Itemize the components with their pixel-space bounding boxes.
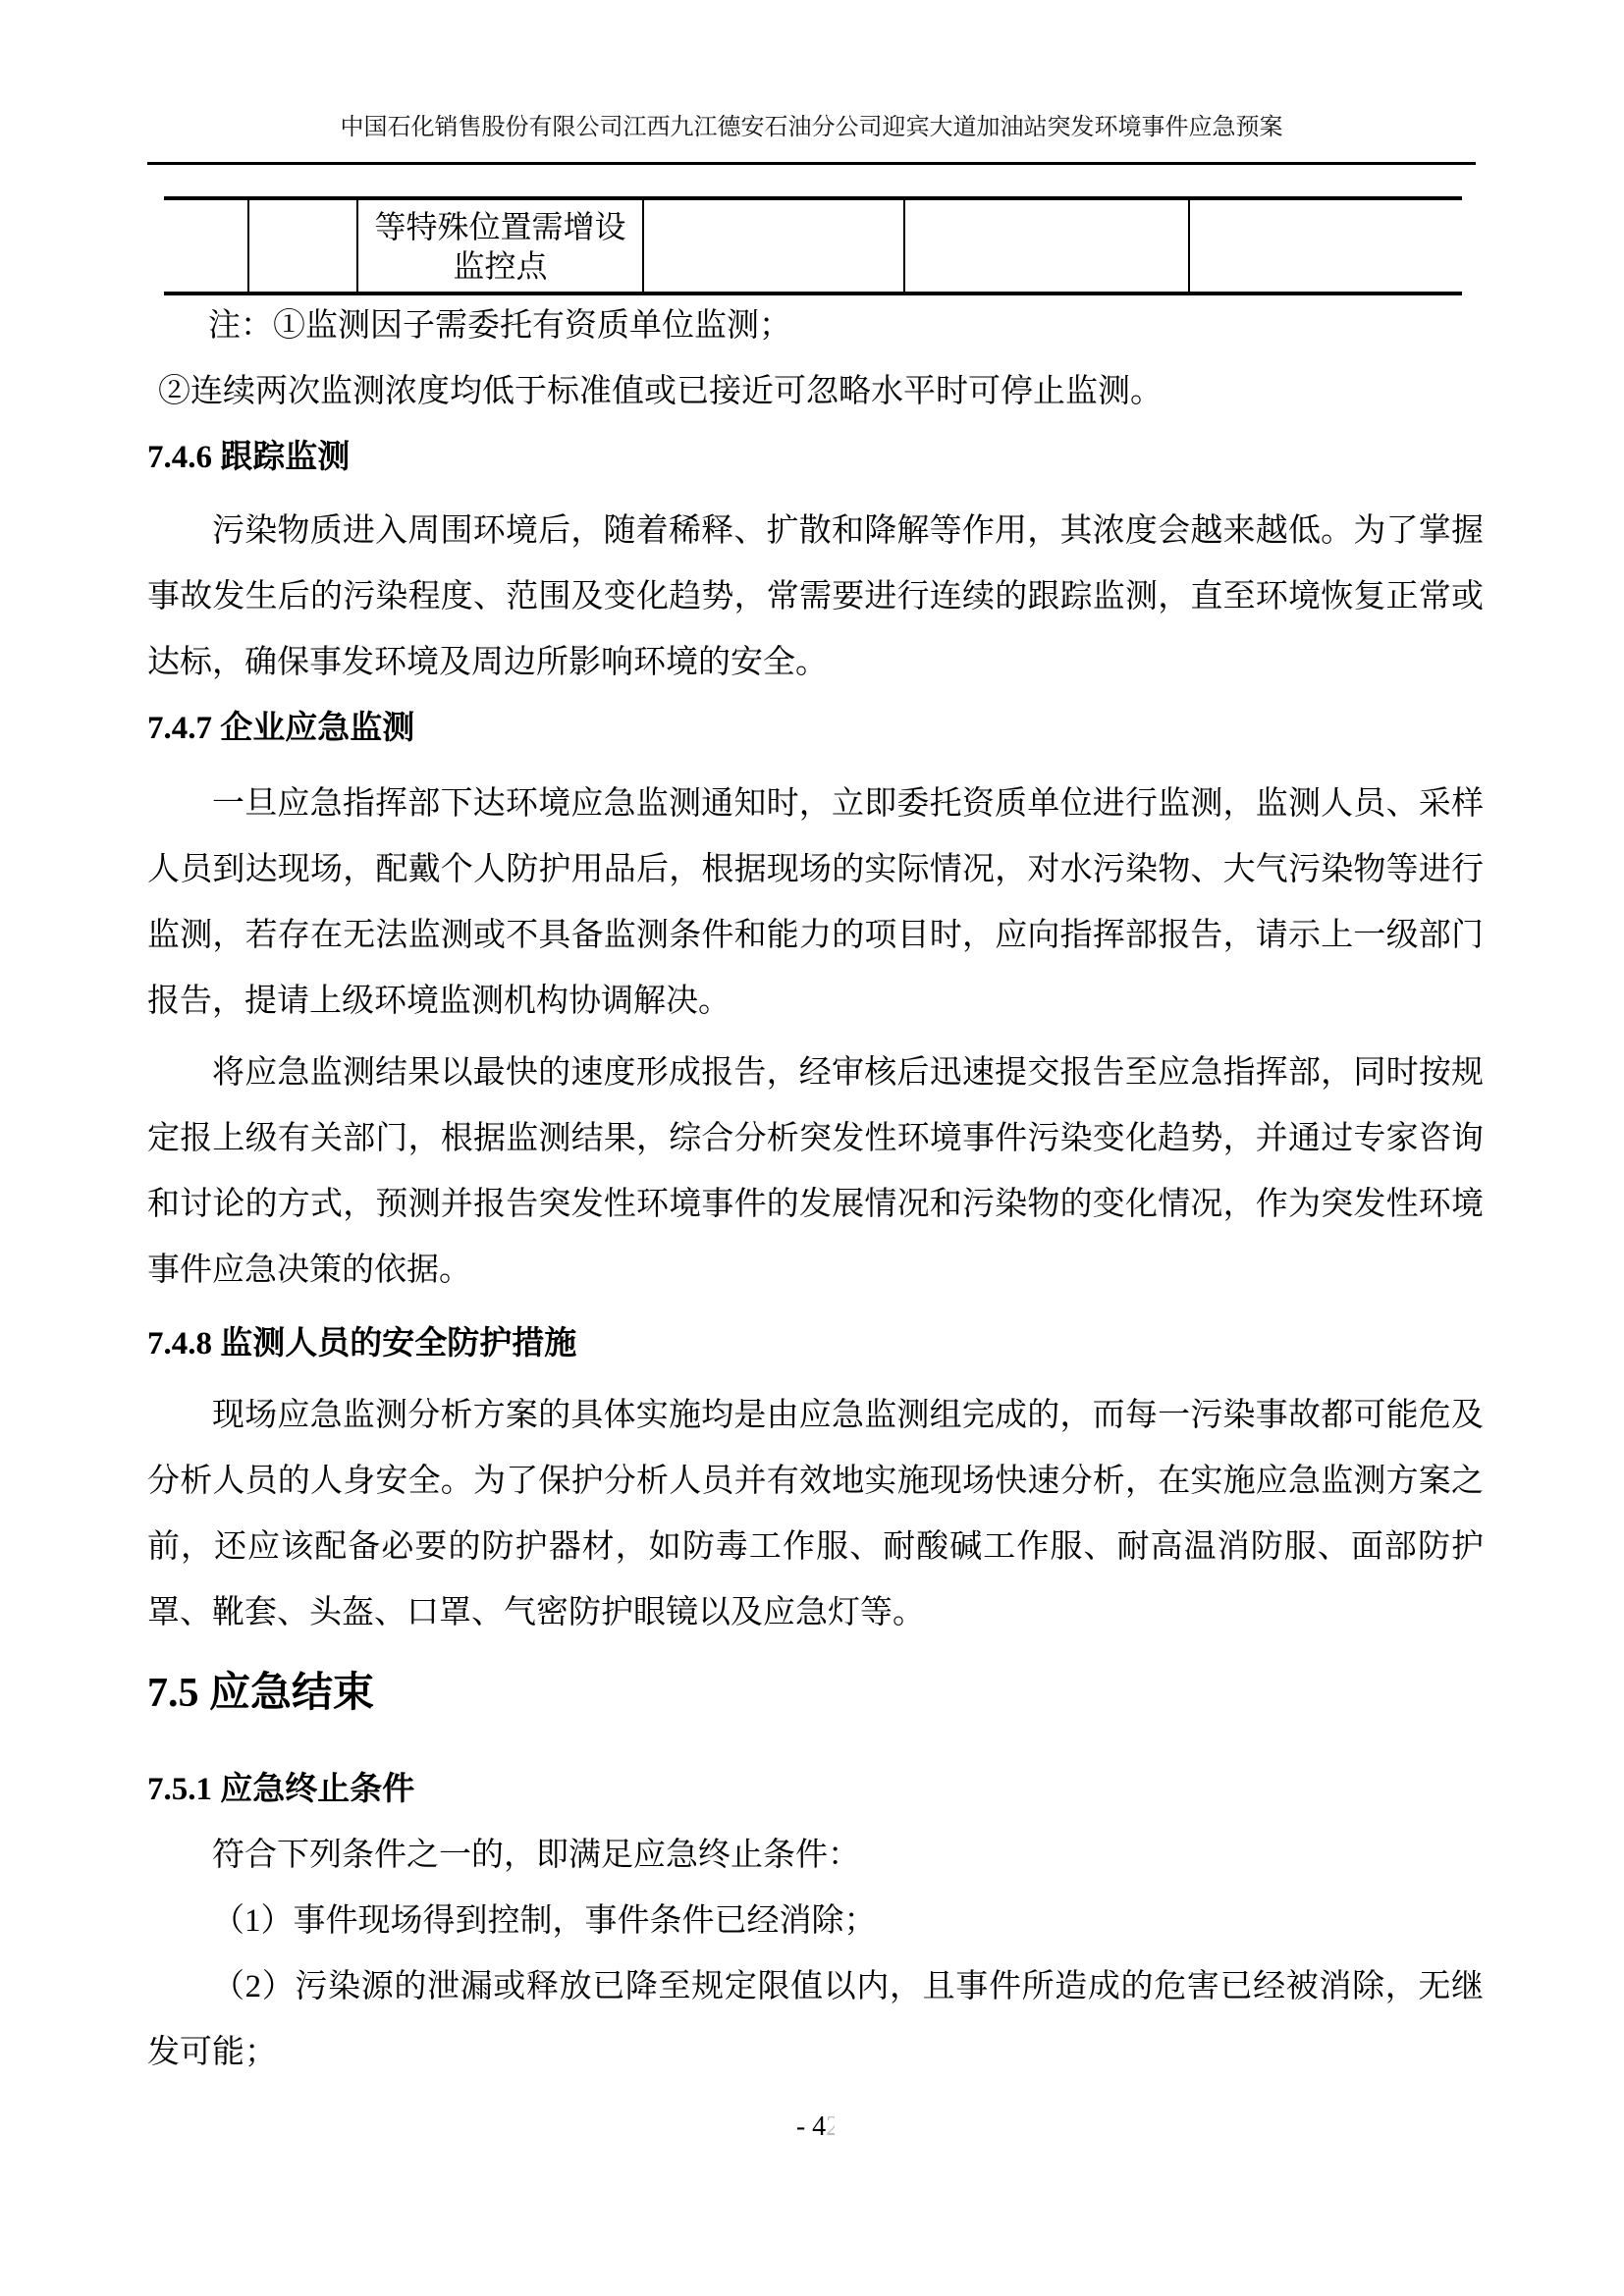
document-body: 注：①监测因子需委托有资质单位监测； ②连续两次监测浓度均低于标准值或已接近可忽…	[147, 292, 1484, 2160]
page-number-partial-digit: 2	[826, 2094, 835, 2160]
paragraph-7-4-7-1: 一旦应急指挥部下达环境应急监测通知时，立即委托资质单位进行监测，监测人员、采样人…	[147, 772, 1484, 1035]
page-footer: - 42	[147, 2094, 1484, 2160]
paragraph-7-4-7-2: 将应急监测结果以最快的速度形成报告，经审核后迅速提交报告至应急指挥部，同时按规定…	[147, 1041, 1484, 1304]
paragraph-7-4-6: 污染物质进入周围环境后，随着稀释、扩散和降解等作用，其浓度会越来越低。为了掌握事…	[147, 499, 1484, 696]
paragraph-7-5-1-item-1: （1）事件现场得到控制，事件条件已经消除；	[147, 1889, 1484, 1954]
table-cell	[642, 200, 903, 292]
table-cell	[1188, 200, 1462, 292]
document-page: 中国石化销售股份有限公司江西九江德安石油分公司迎宾大道加油站突发环境事件应急预案…	[0, 0, 1624, 2296]
heading-7-4-8: 7.4.8 监测人员的安全防护措施	[147, 1311, 1484, 1377]
heading-7-5: 7.5 应急结束	[147, 1654, 1484, 1733]
table-note-line-2: ②连续两次监测浓度均低于标准值或已接近可忽略水平时可停止监测。	[158, 359, 1484, 425]
page-header-title: 中国石化销售股份有限公司江西九江德安石油分公司迎宾大道加油站突发环境事件应急预案	[147, 110, 1476, 145]
table-cell	[247, 200, 356, 292]
table-cell: 等特殊位置需增设监控点	[356, 200, 642, 292]
table-cell	[164, 200, 247, 292]
table-note-line-1: 注：①监测因子需委托有资质单位监测；	[147, 294, 1484, 359]
monitoring-table-continued-row: 等特殊位置需增设监控点	[164, 196, 1462, 295]
header-divider-rule	[147, 162, 1476, 165]
heading-7-5-1: 7.5.1 应急终止条件	[147, 1757, 1484, 1823]
table-cell-text: 等特殊位置需增设监控点	[373, 207, 628, 286]
heading-7-4-6: 7.4.6 跟踪监测	[147, 425, 1484, 491]
heading-7-4-7: 7.4.7 企业应急监测	[147, 696, 1484, 762]
paragraph-7-5-1-item-2: （2）污染源的泄漏或释放已降至规定限值以内，且事件所造成的危害已经被消除，无继发…	[147, 1954, 1484, 2086]
table-cell	[903, 200, 1188, 292]
paragraph-7-4-8: 现场应急监测分析方案的具体实施均是由应急监测组完成的，而每一污染事故都可能危及分…	[147, 1383, 1484, 1646]
paragraph-7-5-1-intro: 符合下列条件之一的，即满足应急终止条件：	[147, 1823, 1484, 1889]
page-number: - 4	[796, 2111, 826, 2142]
